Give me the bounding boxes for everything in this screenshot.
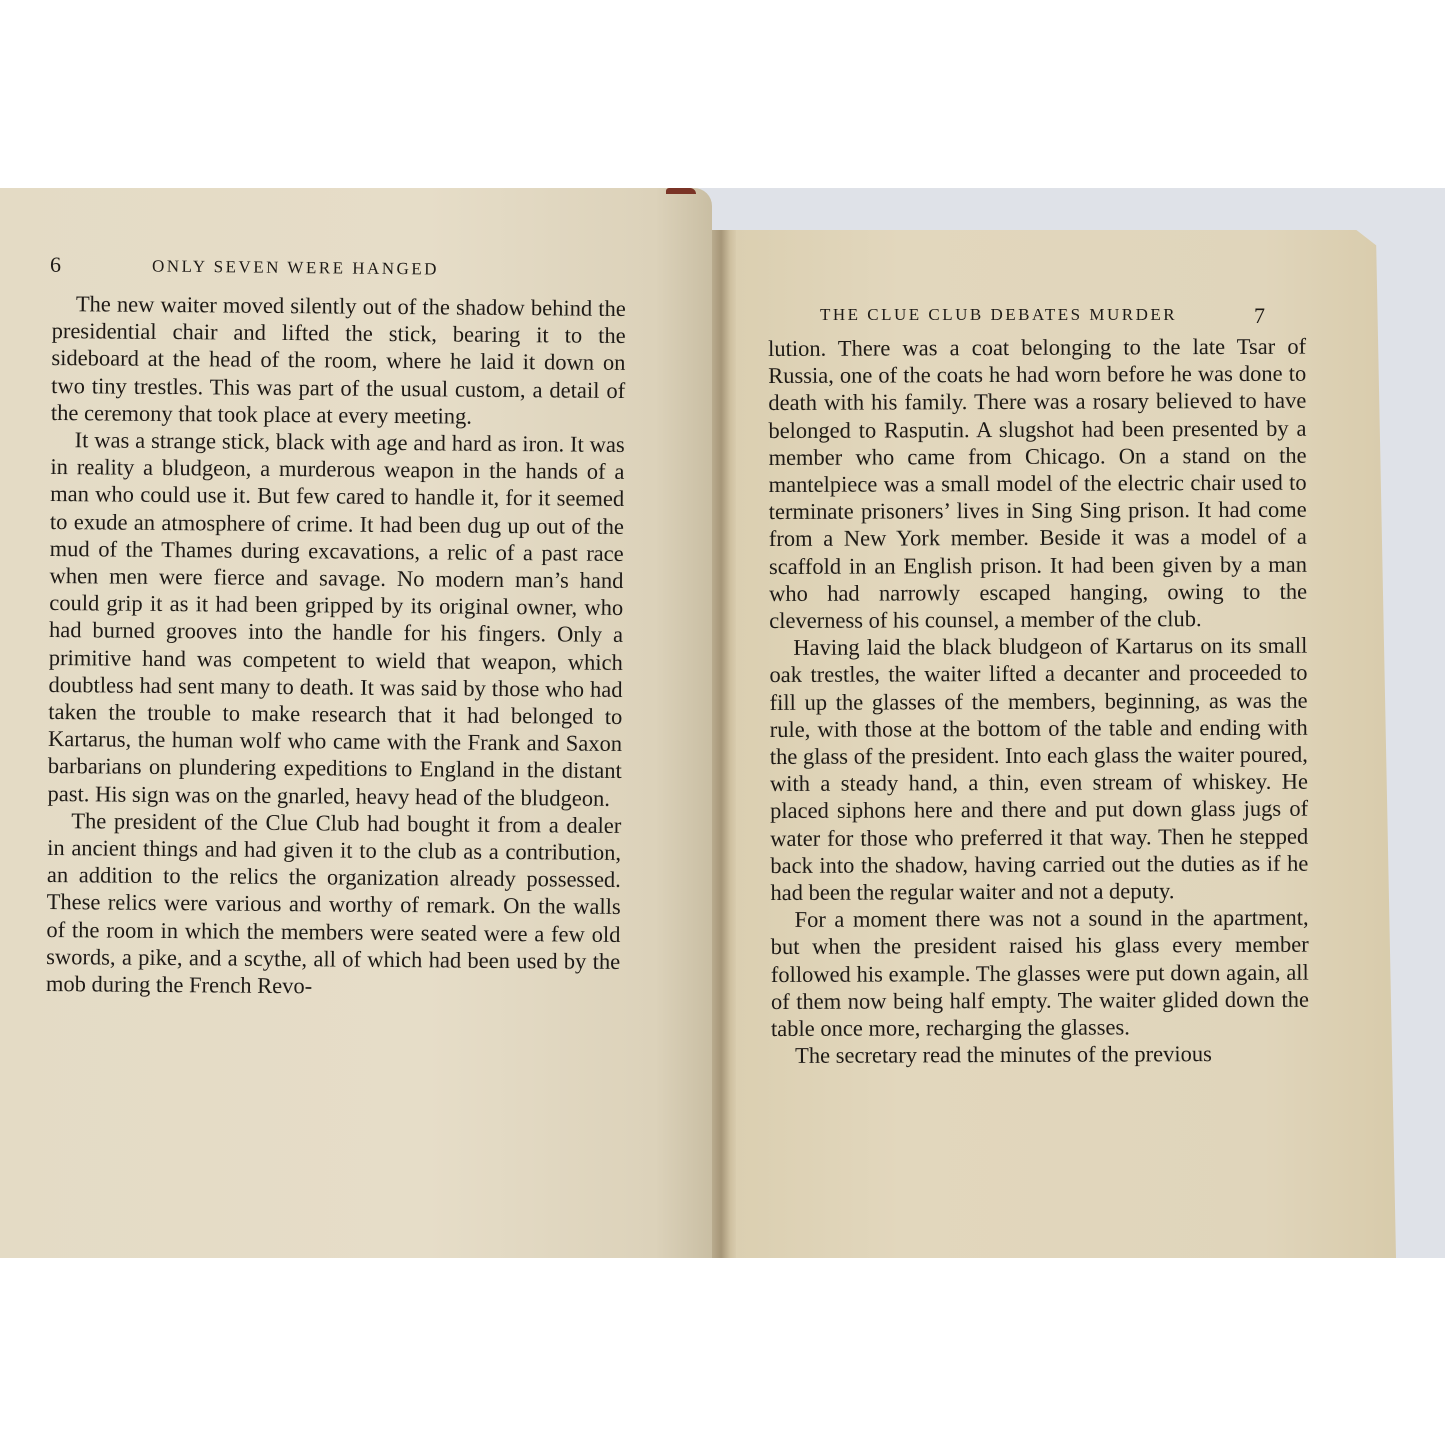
paragraph: lution. There was a coat belonging to th… — [768, 333, 1307, 635]
left-running-head: ONLY SEVEN WERE HANGED — [152, 256, 439, 279]
right-page-number: 7 — [1254, 303, 1265, 329]
book-gutter — [712, 230, 738, 1258]
paragraph: Having laid the black bludgeon of Kartar… — [769, 632, 1308, 906]
paragraph: The president of the Clue Club had bough… — [46, 807, 622, 1002]
paragraph: The secretary read the minutes of the pr… — [771, 1040, 1309, 1070]
right-running-head: THE CLUE CLUB DEBATES MURDER — [820, 305, 1177, 325]
book-cover-edge — [666, 188, 696, 194]
paragraph: The new waiter moved silently out of the… — [51, 290, 626, 431]
paragraph: It was a strange stick, black with age a… — [47, 426, 624, 812]
paragraph: For a moment there was not a sound in th… — [770, 904, 1309, 1042]
right-page-text: lution. There was a coat belonging to th… — [768, 333, 1309, 1070]
left-page-text: The new waiter moved silently out of the… — [46, 290, 626, 1002]
left-page-number: 6 — [50, 252, 61, 278]
